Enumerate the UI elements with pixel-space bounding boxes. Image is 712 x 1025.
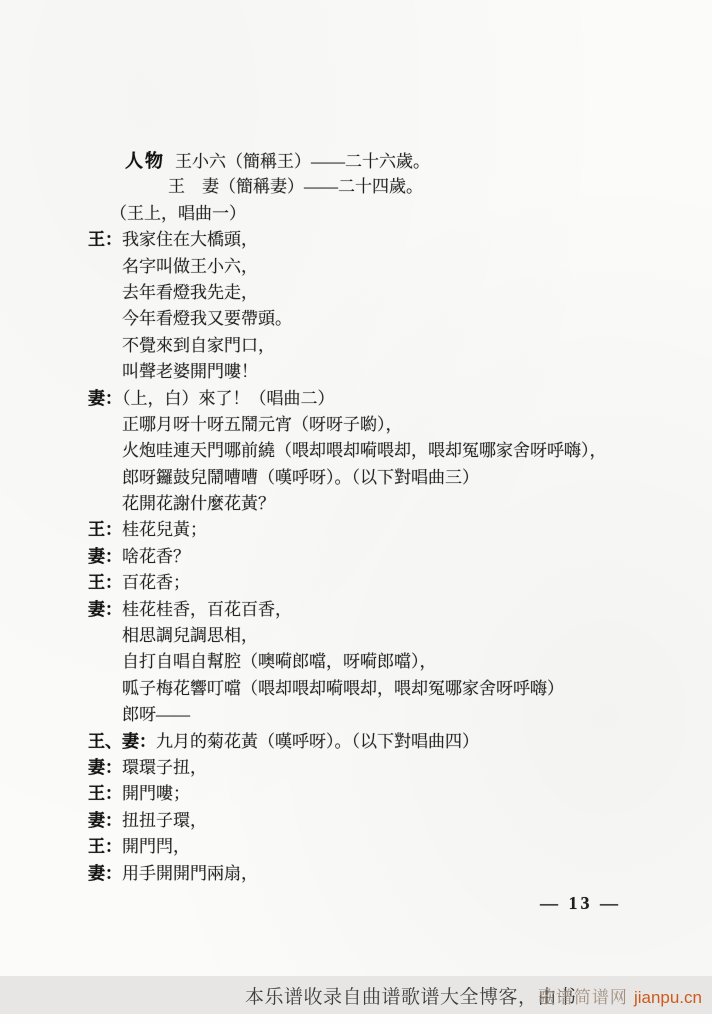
- line-text: 花開花謝什麼花黃？: [122, 494, 275, 513]
- speaker-label: 妻：: [88, 547, 122, 566]
- line-text: 環環子扭，: [122, 758, 207, 777]
- script-line: 王：百花香；: [88, 570, 698, 596]
- script-line: 郎呀——: [88, 702, 698, 728]
- watermark-site: 歌谱简谱网jianpu.cn: [538, 983, 702, 1008]
- line-text: 扭扭子環，: [122, 811, 207, 830]
- speaker-label: 妻：: [88, 864, 122, 883]
- speaker-label: 王：: [88, 230, 122, 249]
- line-text: 不覺來到自家門口，: [122, 336, 275, 355]
- script-line: 今年看燈我又要帶頭。: [88, 306, 698, 332]
- script-line: 正哪月呀十呀五鬧元宵（呀呀子喲），: [88, 412, 698, 438]
- script-line: 火炮哇連天門哪前繞（喂却喂却嗬喂却，喂却冤哪家舍呀呼嗨），: [88, 438, 698, 464]
- speaker-label: 王：: [88, 573, 122, 592]
- line-text: 火炮哇連天門哪前繞（喂却喂却嗬喂却，喂却冤哪家舍呀呼嗨），: [122, 441, 607, 460]
- stage-direction-text: （王上，唱曲一）: [110, 204, 246, 223]
- watermark-bar: 本乐谱收录自曲谱歌谱大全博客，由书 歌谱简谱网jianpu.cn: [0, 976, 712, 1014]
- script-line: 名字叫做王小六，: [88, 254, 698, 280]
- script-line: 妻：（上，白）來了！（唱曲二）: [88, 386, 698, 412]
- line-text: 啥花香？: [122, 547, 190, 566]
- script-line: 妻：用手開開門兩扇，: [88, 861, 698, 887]
- speaker-label: 王：: [88, 784, 122, 803]
- cast-entry: 王小六（簡稱王）——二十六歲。: [175, 152, 430, 171]
- page-number: — 13 —: [540, 893, 621, 914]
- line-text: （上，白）來了！（唱曲二）: [122, 389, 335, 408]
- site-url: jianpu.cn: [634, 988, 702, 1007]
- speaker-label: 妻：: [88, 811, 122, 830]
- speaker-label: 王：: [88, 837, 122, 856]
- line-text: 今年看燈我又要帶頭。: [122, 309, 292, 328]
- cast-heading-line: 人物王小六（簡稱王）——二十六歲。: [88, 148, 698, 174]
- line-text: 相思調兒調思相，: [122, 626, 258, 645]
- watermark-source-text: 本乐谱收录自曲谱歌谱大全博客，由书: [245, 982, 577, 1009]
- line-text: 去年看燈我先走，: [122, 283, 258, 302]
- line-text: 呱子梅花響叮噹（喂却喂却嗬喂却，喂却冤哪家舍呀呼嗨）: [122, 679, 564, 698]
- line-text: 郎呀——: [122, 705, 190, 724]
- script-line: 郎呀鑼鼓兒鬧嘈嘈（嘆呼呀）。（以下對唱曲三）: [88, 465, 698, 491]
- script-page-body: 人物王小六（簡稱王）——二十六歲。 王 妻（簡稱妻）——二十四歲。 （王上，唱曲…: [88, 148, 698, 887]
- line-text: 用手開開門兩扇，: [122, 864, 258, 883]
- line-text: 正哪月呀十呀五鬧元宵（呀呀子喲），: [122, 415, 403, 434]
- script-line: 不覺來到自家門口，: [88, 333, 698, 359]
- script-line: 王：我家住在大橋頭，: [88, 227, 698, 253]
- line-text: 九月的菊花黃（嘆呼呀）。（以下對唱曲四）: [156, 732, 479, 751]
- script-line: 去年看燈我先走，: [88, 280, 698, 306]
- line-text: 郎呀鑼鼓兒鬧嘈嘈（嘆呼呀）。（以下對唱曲三）: [122, 468, 479, 487]
- speaker-label: 王：: [88, 520, 122, 539]
- site-name: 歌谱简谱网: [538, 988, 628, 1007]
- line-text: 開門閂，: [122, 837, 190, 856]
- cast-entry: 王 妻（簡稱妻）——二十四歲。: [168, 177, 423, 196]
- cast-line: 王 妻（簡稱妻）——二十四歲。: [88, 174, 698, 200]
- line-text: 自打自唱自幫腔（噢嗬郎噹，呀嗬郎噹），: [122, 652, 437, 671]
- script-line: 叫聲老婆開門嘍！: [88, 359, 698, 385]
- script-line: 王：開門嘍；: [88, 781, 698, 807]
- line-text: 我家住在大橋頭，: [122, 230, 258, 249]
- script-line: 妻：啥花香？: [88, 544, 698, 570]
- line-text: 桂花桂香，百花百香，: [122, 600, 292, 619]
- line-text: 桂花兒黃；: [122, 520, 207, 539]
- script-line: 王、妻：九月的菊花黃（嘆呼呀）。（以下對唱曲四）: [88, 729, 698, 755]
- line-text: 名字叫做王小六，: [122, 257, 258, 276]
- script-line: 王：開門閂，: [88, 834, 698, 860]
- script-line: 妻：環環子扭，: [88, 755, 698, 781]
- speaker-label: 王、妻：: [88, 732, 156, 751]
- script-line: 王：桂花兒黃；: [88, 517, 698, 543]
- script-line: 呱子梅花響叮噹（喂却喂却嗬喂却，喂却冤哪家舍呀呼嗨）: [88, 676, 698, 702]
- speaker-label: 妻：: [88, 389, 122, 408]
- line-text: 開門嘍；: [122, 784, 190, 803]
- script-line: 妻：桂花桂香，百花百香，: [88, 597, 698, 623]
- script-line: 花開花謝什麼花黃？: [88, 491, 698, 517]
- bottom-margin: [0, 1014, 712, 1025]
- speaker-label: 妻：: [88, 758, 122, 777]
- speaker-label: 妻：: [88, 600, 122, 619]
- line-text: 叫聲老婆開門嘍！: [122, 362, 258, 381]
- stage-direction: （王上，唱曲一）: [88, 201, 698, 227]
- line-text: 百花香；: [122, 573, 190, 592]
- script-line: 妻：扭扭子環，: [88, 808, 698, 834]
- script-line: 相思調兒調思相，: [88, 623, 698, 649]
- script-line: 自打自唱自幫腔（噢嗬郎噹，呀嗬郎噹），: [88, 649, 698, 675]
- cast-heading-label: 人物: [125, 151, 165, 171]
